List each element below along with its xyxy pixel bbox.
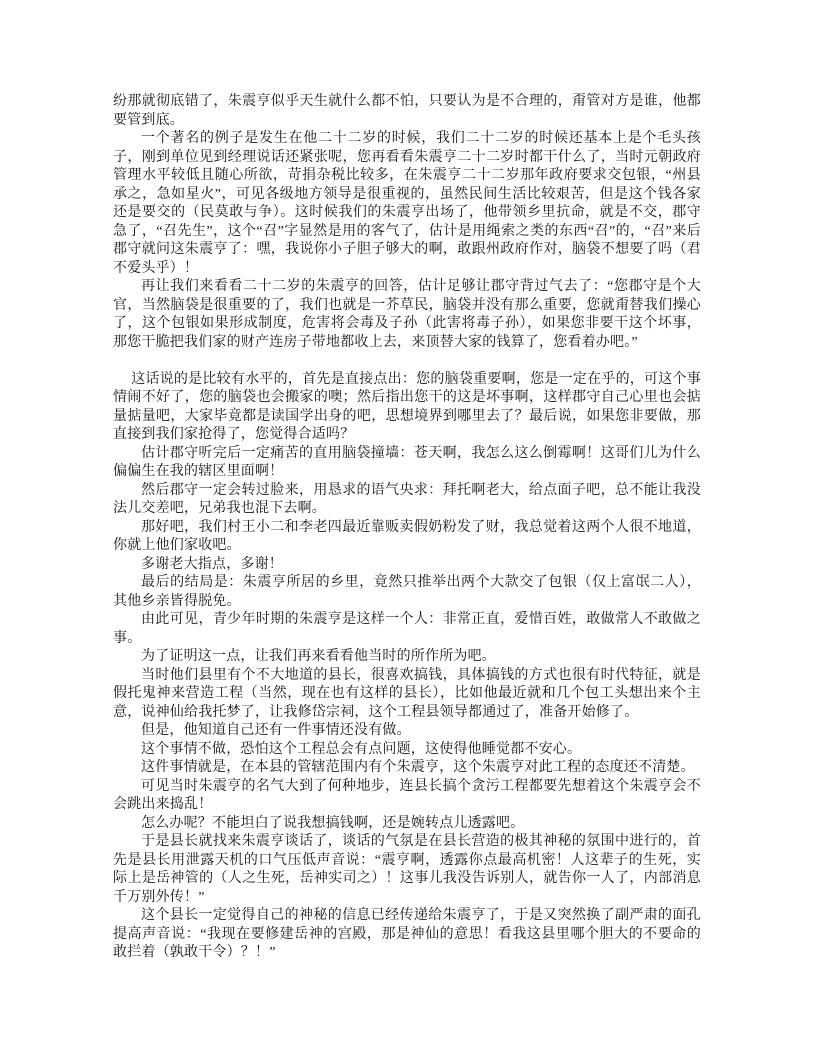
paragraph-01: 纷那就彻底错了，朱震亨似乎天生就什么都不怕，只要认为是不合理的，甭管对方是谁，他… [113, 93, 701, 130]
paragraph-15: 这件事情就是，在本县的管辖范围内有个朱震亨，这个朱震亨对此工程的态度还不清楚。 [113, 759, 701, 778]
paragraph-11: 为了证明这一点，让我们再来看看他当时的所作所为吧。 [113, 648, 701, 667]
paragraph-14: 这个事情不做，恐怕这个工程总会有点问题，这使得他睡觉都不安心。 [113, 741, 701, 760]
paragraph-12: 当时他们县里有个不大地道的县长，很喜欢搞钱，具体搞钱的方式也很有时代特征，就是假… [113, 667, 701, 723]
paragraph-08: 多谢老大指点，多谢！ [113, 556, 701, 575]
paragraph-03: 再让我们来看看二十二岁的朱震亨的回答，估计足够让郡守背过气去了：“您郡守是个大官… [113, 278, 701, 352]
paragraph-17: 怎么办呢？不能坦白了说我想搞钱啊，还是婉转点儿透露吧。 [113, 815, 701, 834]
paragraph-07: 那好吧，我们村王小二和李老四最近靠贩卖假奶粉发了财，我总觉着这两个人很不地道，你… [113, 519, 701, 556]
paragraph-05: 估计郡守听完后一定痛苦的直用脑袋撞墙：苍天啊，我怎么这么倒霉啊！这哥们儿为什么偏… [113, 445, 701, 482]
paragraph-09: 最后的结局是：朱震亨所居的乡里，竟然只推举出两个大款交了包银（仅上富氓二人），其… [113, 574, 701, 611]
paragraph-06: 然后郡守一定会转过脸来，用恳求的语气央求：拜托啊老大，给点面子吧，总不能让我没法… [113, 482, 701, 519]
paragraph-19: 这个县长一定觉得自己的神秘的信息已经传递给朱震亨了，于是又突然换了副严肃的面孔提… [113, 907, 701, 963]
paragraph-16: 可见当时朱震亨的名气大到了何种地步，连县长搞个贪污工程都要先想着这个朱震亨会不会… [113, 778, 701, 815]
paragraph-04: 这话说的是比较有水平的，首先是直接点出：您的脑袋重要啊，您是一定在乎的，可这个事… [113, 371, 701, 445]
document-page: 纷那就彻底错了，朱震亨似乎天生就什么都不怕，只要认为是不合理的，甭管对方是谁，他… [0, 0, 816, 1056]
paragraph-10: 由此可见，青少年时期的朱震亨是这样一个人：非常正直，爱惜百姓，敢做常人不敢做之事… [113, 611, 701, 648]
paragraph-18: 于是县长就找来朱震亨谈话了，谈话的气氛是在县长营造的极其神秘的氛围中进行的，首先… [113, 833, 701, 907]
paragraph-02: 一个著名的例子是发生在他二十二岁的时候，我们二十二岁的时候还基本上是个毛头孩子，… [113, 130, 701, 278]
paragraph-13: 但是，他知道自己还有一件事情还没有做。 [113, 722, 701, 741]
